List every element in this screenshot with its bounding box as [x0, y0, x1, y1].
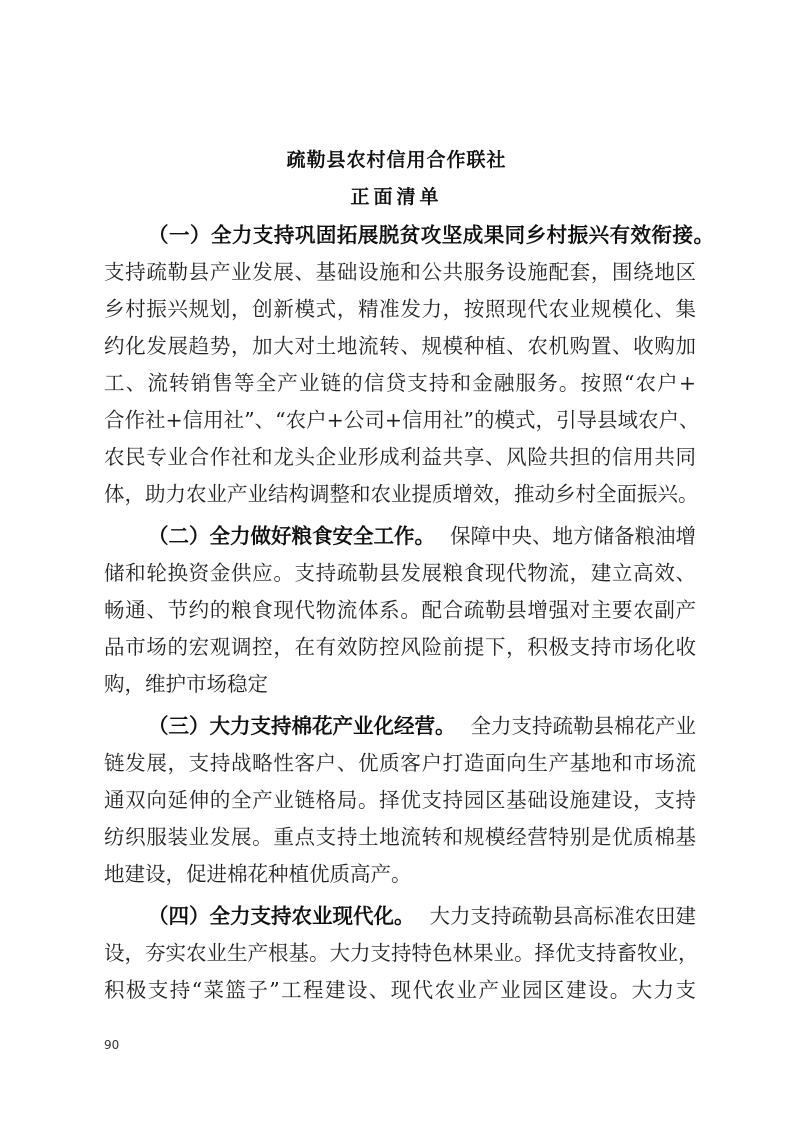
section-1-heading: （一）全力支持巩固拓展脱贫攻坚成果同乡村振兴有效衔接。 [148, 217, 714, 254]
section-3-first-line: （三）大力支持棉花产业化经营。 全力支持疏勒县棉花产业 [148, 708, 696, 745]
section-2-line: 储和轮换资金供应。支持疏勒县发展粮食现代物流，建立高效、 [104, 555, 696, 592]
section-4-first-line-rest: 大力支持疏勒县高标准农田建 [430, 898, 697, 935]
section-4-line: 积极支持“菜篮子”工程建设、现代农业产业园区建设。大力支 [104, 972, 696, 1009]
section-3-line: 地建设，促进棉花种植优质高产。 [104, 856, 696, 893]
section-1-line: 乡村振兴规划，创新模式，精准发力，按照现代农业规模化、集 [104, 291, 696, 328]
section-2-heading: （二）全力做好粮食安全工作。 [148, 518, 435, 555]
section-3-line: 纺织服装业发展。重点支持土地流转和规模经营特别是优质棉基 [104, 819, 696, 856]
section-2-line: 畅通、节约的粮食现代物流体系。配合疏勒县增强对主要农副产 [104, 592, 696, 629]
document-page: 疏勒县农村信用合作联社 正面清单 （一）全力支持巩固拓展脱贫攻坚成果同乡村振兴有… [0, 0, 793, 1122]
section-3-line: 链发展，支持战略性客户、优质客户打造面向生产基地和市场流 [104, 745, 696, 782]
section-4-first-line: （四）全力支持农业现代化。 大力支持疏勒县高标准农田建 [148, 898, 696, 935]
section-3-first-line-rest: 全力支持疏勒县棉花产业 [471, 708, 697, 745]
page-number: 90 [104, 1038, 119, 1052]
section-3-line: 通双向延伸的全产业链格局。择优支持园区基础设施建设，支持 [104, 782, 696, 819]
section-2-first-line-rest: 保障中央、地方储备粮油增 [450, 518, 696, 555]
section-4-heading: （四）全力支持农业现代化。 [148, 898, 415, 935]
section-1-line: 合作社+信用社”、“农户+公司+信用社”的模式，引导县域农户、 [104, 402, 696, 439]
section-2-line: 购，维护市场稳定 [104, 666, 696, 703]
section-1-line: 约化发展趋势，加大对土地流转、规模种植、农机购置、收购加 [104, 328, 696, 365]
document-subtitle: 正面清单 [0, 182, 793, 209]
section-1-line: 农民专业合作社和龙头企业形成利益共享、风险共担的信用共同 [104, 439, 696, 476]
section-1-line: 支持疏勒县产业发展、基础设施和公共服务设施配套，围绕地区 [104, 254, 696, 291]
section-2-first-line: （二）全力做好粮食安全工作。 保障中央、地方储备粮油增 [148, 518, 696, 555]
section-1-line: 工、流转销售等全产业链的信贷支持和金融服务。按照“农户+ [104, 365, 696, 402]
document-title: 疏勒县农村信用合作联社 [0, 145, 793, 172]
section-1-line: 体，助力农业产业结构调整和农业提质增效，推动乡村全面振兴。 [104, 476, 696, 513]
section-4-line: 设，夯实农业生产根基。大力支持特色林果业。择优支持畜牧业， [104, 935, 696, 972]
section-3-heading: （三）大力支持棉花产业化经营。 [148, 708, 456, 745]
section-2-line: 品市场的宏观调控，在有效防控风险前提下，积极支持市场化收 [104, 629, 696, 666]
